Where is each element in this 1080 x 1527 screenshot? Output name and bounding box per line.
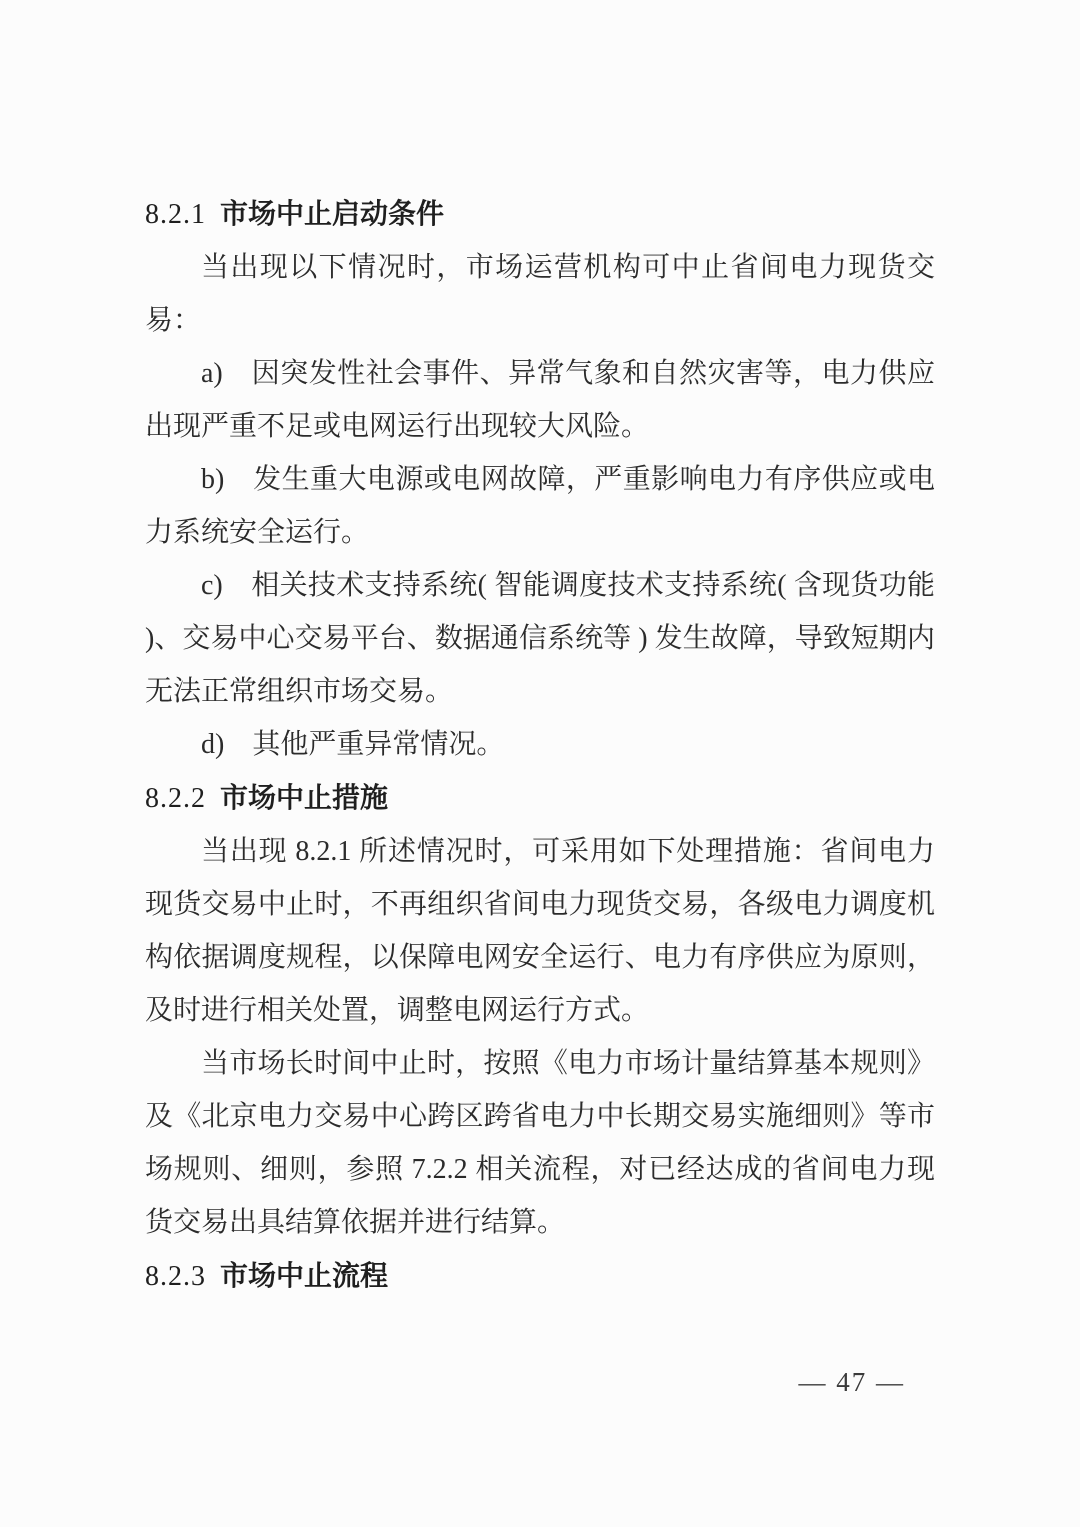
section-heading-market-suspension-conditions: 8.2.1市场中止启动条件	[145, 187, 935, 241]
para-item-a: a) 因突发性社会事件、异常气象和自然灾害等，电力供应出现严重不足或电网运行出现…	[145, 347, 935, 453]
section-title: 市场中止流程	[220, 1260, 388, 1291]
document-body: 8.2.1市场中止启动条件 当出现以下情况时，市场运营机构可中止省间电力现货交易…	[145, 187, 935, 1303]
section-number: 8.2.3	[145, 1261, 206, 1292]
para-measures-1: 当出现 8.2.1 所述情况时，可采用如下处理措施：省间电力现货交易中止时，不再…	[145, 825, 935, 1037]
section-heading-market-suspension-measures: 8.2.2市场中止措施	[145, 771, 935, 825]
page-number: — 47 —	[799, 1367, 906, 1397]
para-measures-2: 当市场长时间中止时，按照《电力市场计量结算基本规则》及《北京电力交易中心跨区跨省…	[145, 1037, 935, 1249]
para-item-d: d) 其他严重异常情况。	[145, 718, 935, 771]
document-page: 8.2.1市场中止启动条件 当出现以下情况时，市场运营机构可中止省间电力现货交易…	[0, 0, 1080, 1527]
section-number: 8.2.1	[145, 199, 206, 230]
para-item-c: c) 相关技术支持系统( 智能调度技术支持系统( 含现货功能 )、交易中心交易平…	[145, 559, 935, 718]
section-heading-market-suspension-process: 8.2.3市场中止流程	[145, 1249, 935, 1303]
para-intro: 当出现以下情况时，市场运营机构可中止省间电力现货交易：	[145, 241, 935, 347]
section-title: 市场中止措施	[220, 782, 388, 813]
section-number: 8.2.2	[145, 783, 206, 814]
section-title: 市场中止启动条件	[220, 198, 444, 229]
para-item-b: b) 发生重大电源或电网故障，严重影响电力有序供应或电力系统安全运行。	[145, 453, 935, 559]
